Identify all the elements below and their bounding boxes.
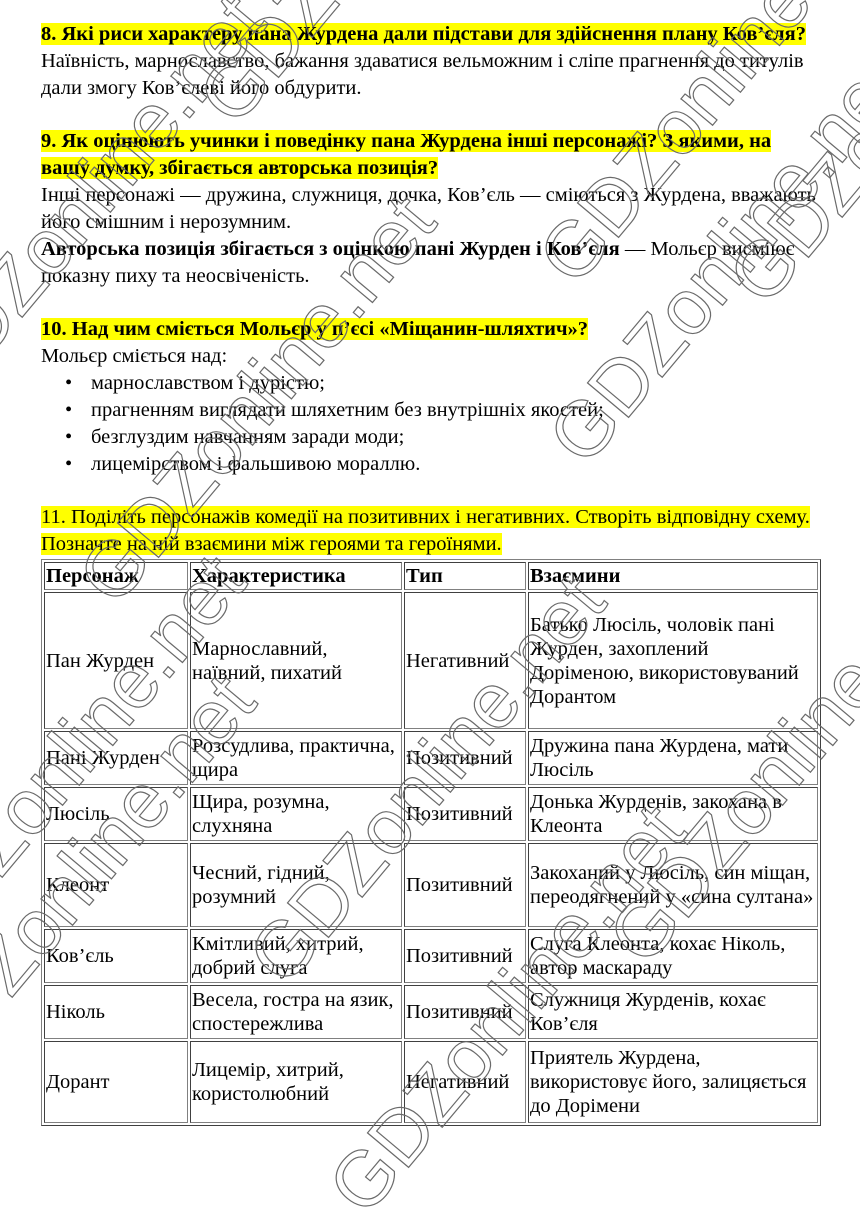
table-row: Пані ЖурденРозсудлива, практична, щираПо… <box>44 731 818 785</box>
answer-10-intro: Мольєр сміється над: <box>41 343 821 370</box>
table-header-row: Персонаж Характеристика Тип Взаємини <box>44 562 818 590</box>
table-row: КлеонтЧесний, гідний, розумнийПозитивний… <box>44 843 818 927</box>
header-character: Персонаж <box>44 562 188 590</box>
cell-character: Ков’єль <box>44 929 188 983</box>
table-row: Пан ЖурденМарнославний, наївний, пихатий… <box>44 592 818 729</box>
question-10-text: 10. Над чим сміється Мольєр у п’єсі «Міщ… <box>41 318 588 340</box>
cell-character: Ніколь <box>44 985 188 1039</box>
cell-characteristic: Весела, гостра на язик, спостережлива <box>190 985 402 1039</box>
cell-character: Пані Журден <box>44 731 188 785</box>
cell-character: Дорант <box>44 1041 188 1123</box>
cell-relations: Дружина пана Журдена, мати Люсіль <box>528 731 818 785</box>
question-10: 10. Над чим сміється Мольєр у п’єсі «Міщ… <box>41 316 821 343</box>
cell-character: Люсіль <box>44 787 188 841</box>
cell-characteristic: Марнославний, наївний, пихатий <box>190 592 402 729</box>
cell-type: Позитивний <box>404 731 526 785</box>
header-relations: Взаємини <box>528 562 818 590</box>
cell-relations: Батько Люсіль, чоловік пані Журден, захо… <box>528 592 818 729</box>
list-item: марнославством і дурістю; <box>91 370 821 397</box>
table-body: Пан ЖурденМарнославний, наївний, пихатий… <box>44 592 818 1123</box>
question-9: 9. Як оцінюють учинки і поведінку пана Ж… <box>41 128 821 182</box>
header-characteristic: Характеристика <box>190 562 402 590</box>
table-row: ДорантЛицемір, хитрий, користолюбнийНега… <box>44 1041 818 1123</box>
cell-character: Пан Журден <box>44 592 188 729</box>
table-row: ЛюсільЩира, розумна, слухнянаПозитивнийД… <box>44 787 818 841</box>
characters-table: Персонаж Характеристика Тип Взаємини Пан… <box>41 559 821 1126</box>
table-row: НікольВесела, гостра на язик, спостережл… <box>44 985 818 1039</box>
list-item: прагненням виглядати шляхетним без внутр… <box>91 397 821 424</box>
header-type: Тип <box>404 562 526 590</box>
table-row: Ков’єльКмітливий, хитрий, добрий слугаПо… <box>44 929 818 983</box>
cell-characteristic: Кмітливий, хитрий, добрий слуга <box>190 929 402 983</box>
question-11-text: 11. Поділіть персонажів комедії на позит… <box>41 506 810 555</box>
cell-relations: Закоханий у Люсіль, син міщан, переодягн… <box>528 843 818 927</box>
question-9-text: 9. Як оцінюють учинки і поведінку пана Ж… <box>41 130 771 179</box>
cell-type: Негативний <box>404 592 526 729</box>
question-11: 11. Поділіть персонажів комедії на позит… <box>41 504 821 558</box>
cell-characteristic: Щира, розумна, слухняна <box>190 787 402 841</box>
author-position: Авторська позиція збігається з оцінкою п… <box>41 236 821 290</box>
cell-characteristic: Лицемір, хитрий, користолюбний <box>190 1041 402 1123</box>
cell-type: Позитивний <box>404 843 526 927</box>
cell-relations: Донька Журденів, закохана в Клеонта <box>528 787 818 841</box>
cell-type: Позитивний <box>404 787 526 841</box>
answer-9: Інші персонажі — дружина, служниця, дочк… <box>41 182 821 236</box>
answer-8: Наївність, марнославство, бажання здават… <box>41 48 821 102</box>
cell-type: Негативний <box>404 1041 526 1123</box>
author-position-bold: Авторська позиція збігається з оцінкою п… <box>41 238 620 260</box>
question-8: 8. Які риси характеру пана Журдена дали … <box>41 21 821 48</box>
cell-character: Клеонт <box>44 843 188 927</box>
list-item: безглуздим навчанням заради моди; <box>91 424 821 451</box>
cell-characteristic: Чесний, гідний, розумний <box>190 843 402 927</box>
list-item: лицемірством і фальшивою мораллю. <box>91 451 821 478</box>
question-8-text: 8. Які риси характеру пана Журдена дали … <box>41 23 806 45</box>
cell-relations: Приятель Журдена, використовує його, зал… <box>528 1041 818 1123</box>
cell-characteristic: Розсудлива, практична, щира <box>190 731 402 785</box>
cell-type: Позитивний <box>404 929 526 983</box>
answer-10-list: марнославством і дурістю; прагненням виг… <box>41 370 821 478</box>
cell-relations: Служниця Журденів, кохає Ков’єля <box>528 985 818 1039</box>
cell-relations: Слуга Клеонта, кохає Ніколь, автор маска… <box>528 929 818 983</box>
cell-type: Позитивний <box>404 985 526 1039</box>
document-page: 8. Які риси характеру пана Журдена дали … <box>41 21 821 1126</box>
